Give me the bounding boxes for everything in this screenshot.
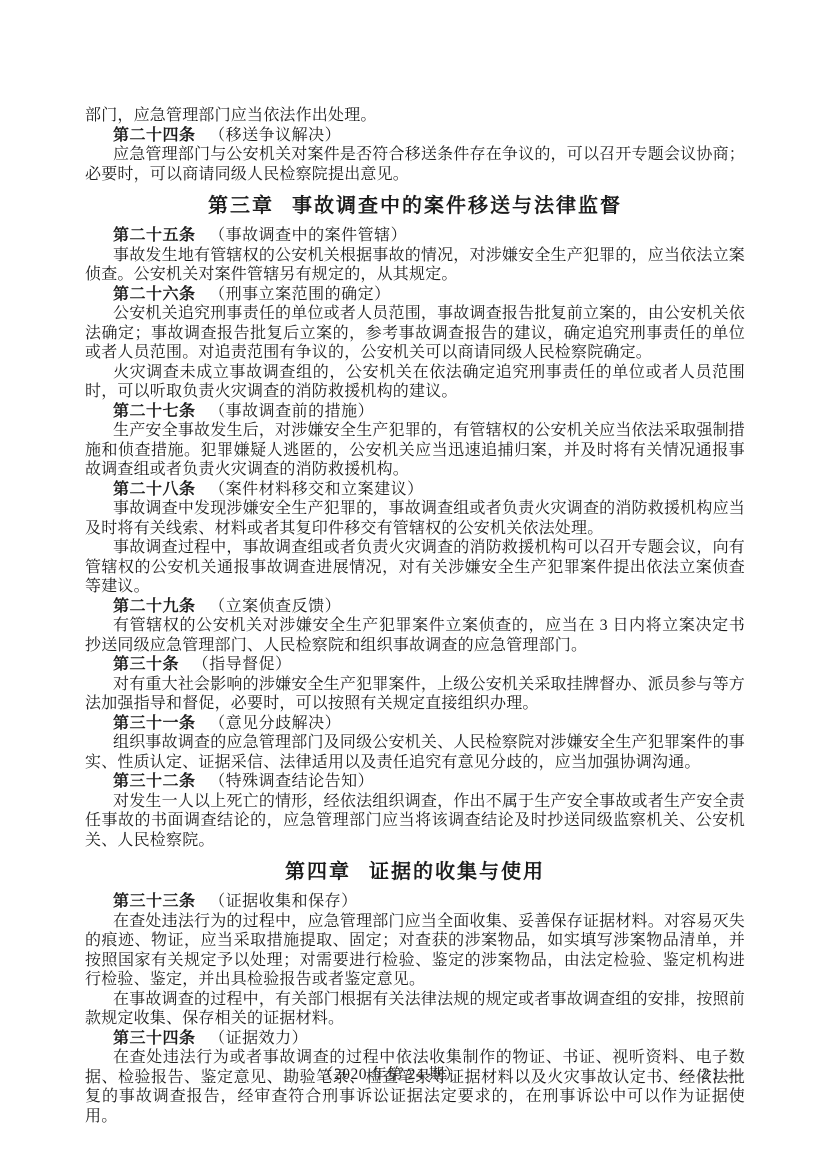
article-number: 第三十四条 xyxy=(113,1030,196,1047)
chapter-heading: 第三章事故调查中的案件移送与法律监督 xyxy=(85,193,745,219)
article-heading: 第三十四条（证据效力） xyxy=(85,1029,745,1049)
paragraph: 公安机关追究刑事责任的单位或者人员范围，事故调查报告批复前立案的，由公安机关依法… xyxy=(85,304,745,363)
chapter-heading: 第四章证据的收集与使用 xyxy=(85,859,745,885)
paragraph: 生产安全事故发生后，对涉嫌安全生产犯罪的，有管辖权的公安机关应当依法采取强制措施… xyxy=(85,421,745,480)
article-title: （证据收集和保存） xyxy=(209,893,358,910)
article-heading: 第二十九条（立案侦查反馈） xyxy=(85,597,745,617)
paragraph: 在查处违法行为或者事故调查的过程中依法收集制作的物证、书证、视听资料、电子数据、… xyxy=(85,1048,745,1126)
article-title: （事故调查中的案件管辖） xyxy=(209,227,407,244)
article-heading: 第三十条（指导督促） xyxy=(85,655,745,675)
article-number: 第三十条 xyxy=(113,656,179,673)
paragraph: 在查处违法行为的过程中，应急管理部门应当全面收集、妥善保存证据材料。对容易灭失的… xyxy=(85,912,745,990)
paragraph: 事故发生地有管辖权的公安机关根据事故的情况，对涉嫌安全生产犯罪的，应当依法立案侦… xyxy=(85,246,745,285)
article-number: 第三十二条 xyxy=(113,773,196,790)
article-title: （案件材料移交和立案建议） xyxy=(209,481,424,498)
footer-issue-label: （2020 年第 24 期） xyxy=(318,1064,461,1086)
article-number: 第二十六条 xyxy=(113,286,196,303)
article-number: 第二十九条 xyxy=(113,598,196,615)
paragraph: 对发生一人以上死亡的情形，经依法组织调查，作出不属于生产安全事故或者生产安全责任… xyxy=(85,792,745,851)
paragraph: 应急管理部门与公安机关对案件是否符合移送条件存在争议的，可以召开专题会议协商；必… xyxy=(85,145,745,184)
document-body: 部门，应急管理部门应当依法作出处理。第二十四条（移送争议解决）应急管理部门与公安… xyxy=(85,106,745,1126)
paragraph: 在事故调查的过程中，有关部门根据有关法律法规的规定或者事故调查组的安排，按照前款… xyxy=(85,990,745,1029)
continuation-paragraph: 部门，应急管理部门应当依法作出处理。 xyxy=(85,106,745,126)
article-heading: 第二十八条（案件材料移交和立案建议） xyxy=(85,480,745,500)
article-title: （意见分歧解决） xyxy=(209,715,341,732)
article-title: （立案侦查反馈） xyxy=(209,598,341,615)
article-number: 第二十八条 xyxy=(113,481,196,498)
article-heading: 第二十五条（事故调查中的案件管辖） xyxy=(85,226,745,246)
chapter-title: 证据的收集与使用 xyxy=(369,861,545,883)
article-number: 第二十五条 xyxy=(113,227,196,244)
article-title: （移送争议解决） xyxy=(209,127,341,144)
paragraph: 事故调查过程中，事故调查组或者负责火灾调查的消防救援机构可以召开专题会议，向有管… xyxy=(85,538,745,597)
paragraph: 有管辖权的公安机关对涉嫌安全生产犯罪案件立案侦查的，应当在 3 日内将立案决定书… xyxy=(85,616,745,655)
article-heading: 第二十六条（刑事立案范围的确定） xyxy=(85,285,745,305)
paragraph: 组织事故调查的应急管理部门及同级公安机关、人民检察院对涉嫌安全生产犯罪案件的事实… xyxy=(85,733,745,772)
document-page: 部门，应急管理部门应当依法作出处理。第二十四条（移送争议解决）应急管理部门与公安… xyxy=(0,0,827,1170)
article-heading: 第二十七条（事故调查前的措施） xyxy=(85,402,745,422)
article-title: （证据效力） xyxy=(209,1030,308,1047)
article-title: （事故调查前的措施） xyxy=(209,403,374,420)
chapter-number: 第三章 xyxy=(208,195,274,217)
paragraph: 火灾调查未成立事故调查组的，公安机关在依法确定追究刑事责任的单位或者人员范围时，… xyxy=(85,363,745,402)
article-number: 第二十七条 xyxy=(113,403,196,420)
page-footer: （2020 年第 24 期） — 21 — xyxy=(85,1064,745,1086)
article-heading: 第二十四条（移送争议解决） xyxy=(85,126,745,146)
footer-page-number: — 21 — xyxy=(679,1064,745,1086)
paragraph: 对有重大社会影响的涉嫌安全生产犯罪案件，上级公安机关采取挂牌督办、派员参与等方法… xyxy=(85,675,745,714)
article-title: （刑事立案范围的确定） xyxy=(209,286,391,303)
article-number: 第二十四条 xyxy=(113,127,196,144)
article-number: 第三十三条 xyxy=(113,893,196,910)
chapter-number: 第四章 xyxy=(285,861,351,883)
article-title: （指导督促） xyxy=(193,656,292,673)
paragraph: 事故调查中发现涉嫌安全生产犯罪的，事故调查组或者负责火灾调查的消防救援机构应当及… xyxy=(85,499,745,538)
article-heading: 第三十三条（证据收集和保存） xyxy=(85,892,745,912)
article-heading: 第三十一条（意见分歧解决） xyxy=(85,714,745,734)
article-heading: 第三十二条（特殊调查结论告知） xyxy=(85,772,745,792)
article-title: （特殊调查结论告知） xyxy=(209,773,374,790)
chapter-title: 事故调查中的案件移送与法律监督 xyxy=(292,195,622,217)
article-number: 第三十一条 xyxy=(113,715,196,732)
